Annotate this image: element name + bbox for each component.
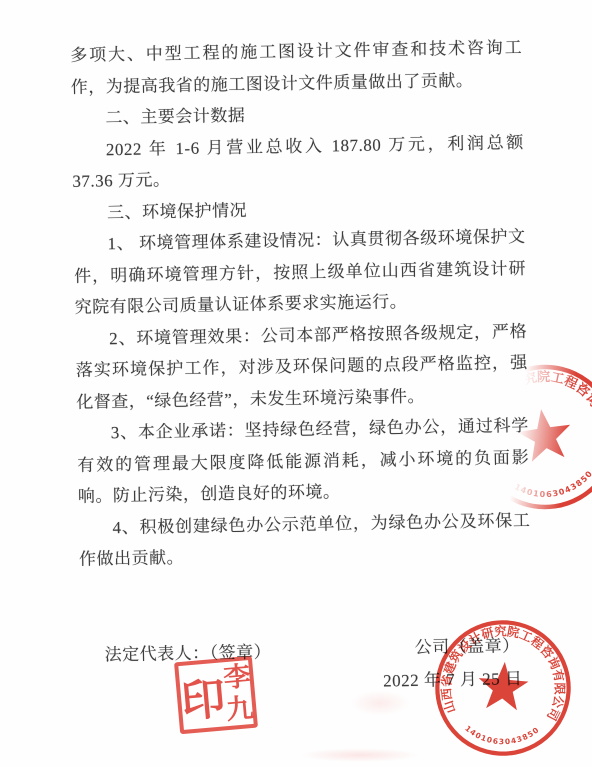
paragraph-green-office: 4、积极创建绿色办公示范单位，为绿色办公及环保工作做出贡献。 (78, 504, 531, 575)
paragraph-commitment: 3、本企业承诺：坚持绿色经营，绿色办公，通过科学有效的管理最大限度降低能源消耗，… (77, 410, 531, 512)
paragraph-env-effect: 2、环境管理效果：公司本部严格按照各级规定，严格落实环境保护工作，对涉及环保问题… (75, 315, 529, 417)
legal-representative-label: 法定代表人：（签章） (104, 637, 271, 665)
paragraph-env-system: 1、 环境管理体系建设情况：认真贯彻各级环境保护文件，明确环境管理方针，按照上级… (73, 221, 527, 323)
paragraph-revenue: 2022 年 1-6 月营业总收入 187.80 万元，利润总额 37.36 万… (72, 126, 525, 197)
company-stamp-label: 公司（盖章） (414, 631, 519, 658)
scanned-text-block: 多项大、中型工程的施工图设计文件审查和技术咨询工作，为提高我省的施工图设计文件质… (0, 0, 592, 767)
signature-date: 2022 年 7 月 25 日 (383, 664, 523, 691)
body-text: 多项大、中型工程的施工图设计文件审查和技术咨询工作，为提高我省的施工图设计文件质… (70, 32, 531, 575)
paragraph-continuation: 多项大、中型工程的施工图设计文件审查和技术咨询工作，为提高我省的施工图设计文件质… (70, 32, 523, 103)
document-page: 多项大、中型工程的施工图设计文件审查和技术咨询工作，为提高我省的施工图设计文件质… (0, 0, 592, 767)
